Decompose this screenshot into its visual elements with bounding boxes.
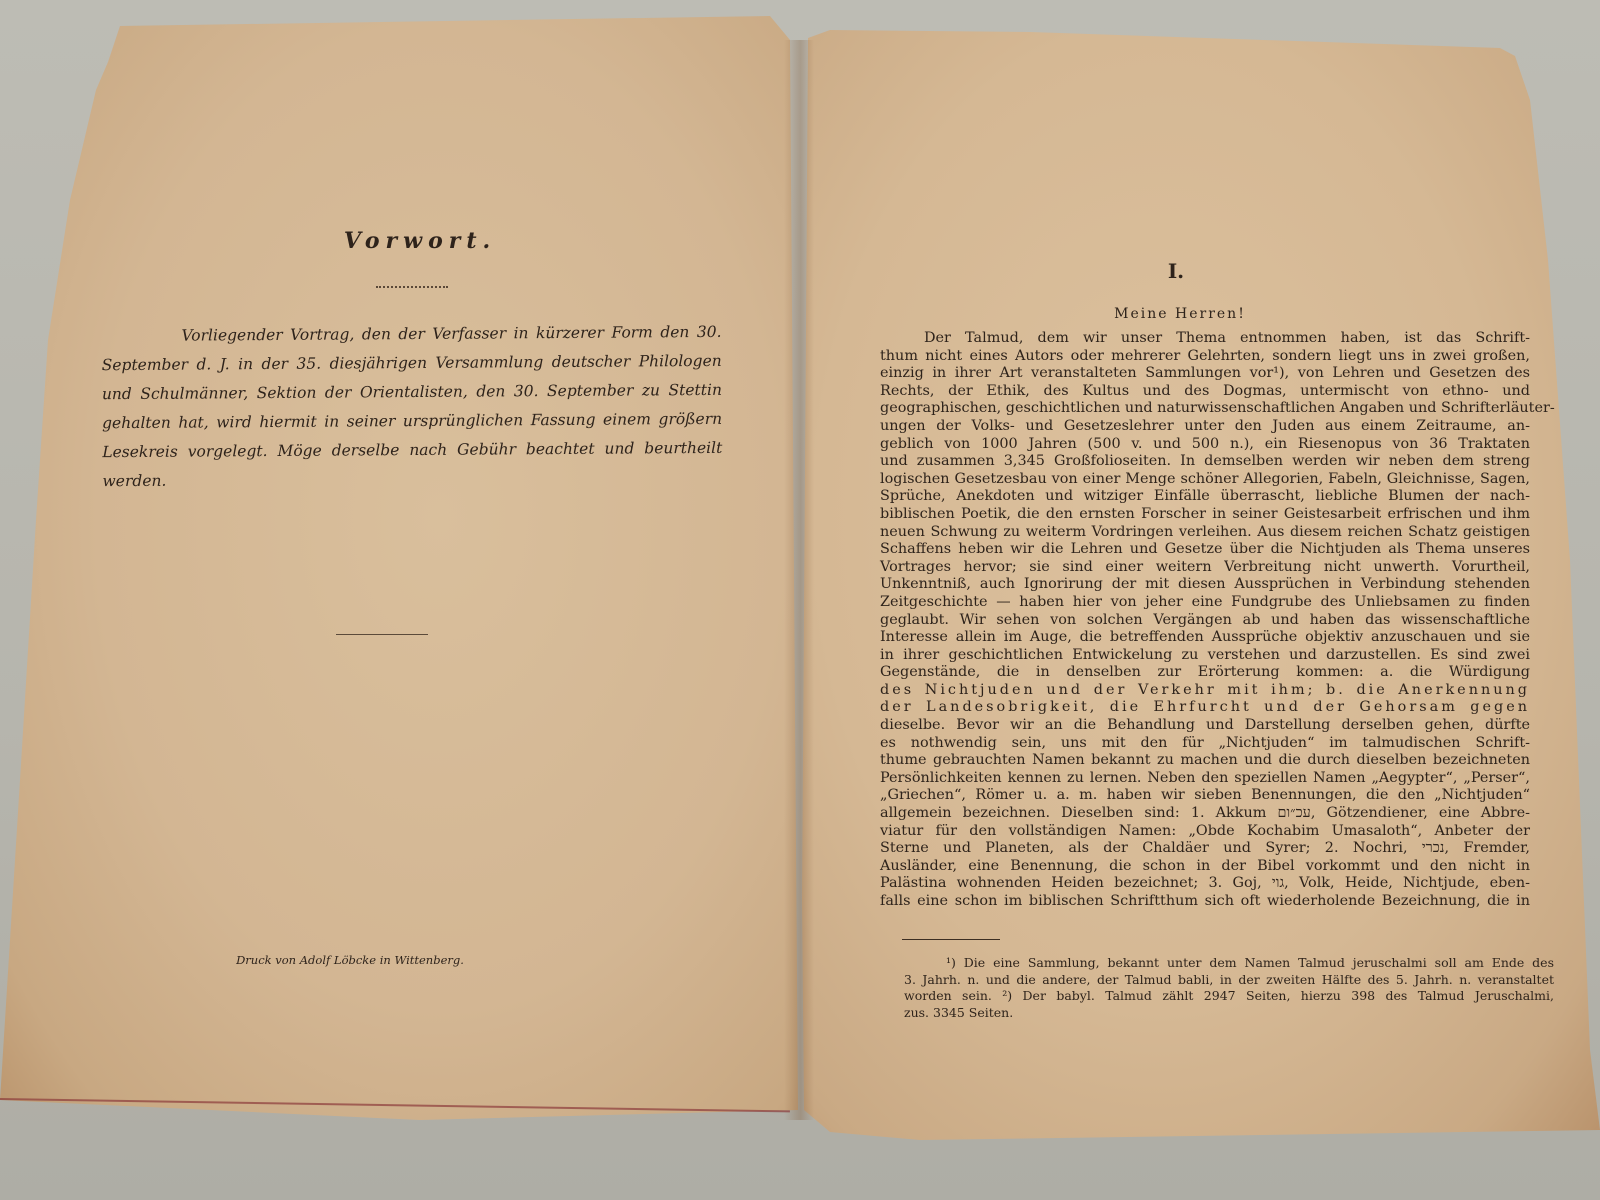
body-line: einzig in ihrer Art veranstalteten Samml… [880, 365, 1530, 383]
body-line: Zeitgeschichte — haben hier von jeher ei… [880, 594, 1530, 612]
body-line: geographischen, geschichtlichen und natu… [880, 400, 1530, 418]
body-line: Rechts, der Ethik, des Kultus und des Do… [880, 383, 1530, 401]
body-line: dieselbe. Bevor wir an die Behandlung un… [880, 717, 1530, 735]
body-text: Der Talmud, dem wir unser Thema entnomme… [880, 330, 1530, 911]
body-line: thume gebrauchten Namen bekannt zu mache… [880, 752, 1530, 770]
body-line: geglaubt. Wir sehen von solchen Vergänge… [880, 612, 1530, 630]
body-line: ungen der Volks- und Gesetzeslehrer unte… [880, 418, 1530, 436]
body-line: Vortrages hervor; sie sind einer weitern… [880, 559, 1530, 577]
salutation-heading: Meine Herren! [1090, 306, 1270, 322]
body-line: neuen Schwung zu weiterm Vordringen verl… [880, 524, 1530, 542]
footnotes: ¹) Die eine Sammlung, bekannt unter dem … [904, 955, 1554, 1021]
body-line: falls eine schon im biblischen Schriftth… [880, 893, 1530, 911]
footnote-separator [902, 939, 1000, 940]
body-line: Ausländer, eine Benennung, die schon in … [880, 858, 1530, 876]
chapter-number: I. [1156, 259, 1196, 283]
body-line: Sterne und Planeten, als der Chaldäer un… [880, 840, 1530, 858]
body-line: Interesse allein im Auge, die betreffend… [880, 629, 1530, 647]
footnote-line: 3. Jahrh. n. und die andere, der Talmud … [904, 972, 1554, 989]
left-page [0, 0, 800, 1150]
footnote-line: worden sein. ²) Der babyl. Talmud zählt … [904, 988, 1554, 1005]
body-line: in ihrer geschichtlichen Entwickelung zu… [880, 647, 1530, 665]
body-line: es nothwendig sein, uns mit den für „Nic… [880, 735, 1530, 753]
body-line: Sprüche, Anekdoten und witziger Einfälle… [880, 488, 1530, 506]
body-line: Gegenstände, die in denselben zur Erörte… [880, 664, 1530, 682]
body-line: logischen Gesetzesbau von einer Menge sc… [880, 471, 1530, 489]
footnote-line: zus. 3345 Seiten. [904, 1005, 1554, 1022]
body-line: Schaffens heben wir die Lehren und Geset… [880, 541, 1530, 559]
body-line: Der Talmud, dem wir unser Thema entnomme… [880, 330, 1530, 348]
printer-imprint: Druck von Adolf Löbcke in Wittenberg. [230, 953, 470, 967]
preface-title: Vorwort. [340, 228, 500, 254]
footnote-line: ¹) Die eine Sammlung, bekannt unter dem … [904, 955, 1554, 972]
body-line: und zusammen 3,345 Großfolioseiten. In d… [880, 453, 1530, 471]
preface-paragraph: Vorliegender Vortrag, den der Verfasser … [101, 318, 722, 496]
body-line: „Griechen“, Römer u. a. m. haben wir sie… [880, 787, 1530, 805]
body-line: allgemein bezeichnen. Dieselben sind: 1.… [880, 805, 1530, 823]
body-line: geblich von 1000 Jahren (500 v. und 500 … [880, 436, 1530, 454]
body-line: viatur für den vollständigen Namen: „Obd… [880, 823, 1530, 841]
divider-rule [336, 634, 428, 635]
title-ornament-rule [376, 282, 448, 288]
body-line: der Landesobrigkeit, die Ehrfurcht und d… [880, 699, 1530, 717]
body-line: des Nichtjuden und der Verkehr mit ihm; … [880, 682, 1530, 700]
body-line: Palästina wohnenden Heiden bezeichnet; 3… [880, 875, 1530, 893]
body-line: biblischen Poetik, die den ernsten Forsc… [880, 506, 1530, 524]
body-line: thum nicht eines Autors oder mehrerer Ge… [880, 348, 1530, 366]
body-line: Persönlichkeiten kennen zu lernen. Neben… [880, 770, 1530, 788]
body-line: Unkenntniß, auch Ignorirung der mit dies… [880, 576, 1530, 594]
